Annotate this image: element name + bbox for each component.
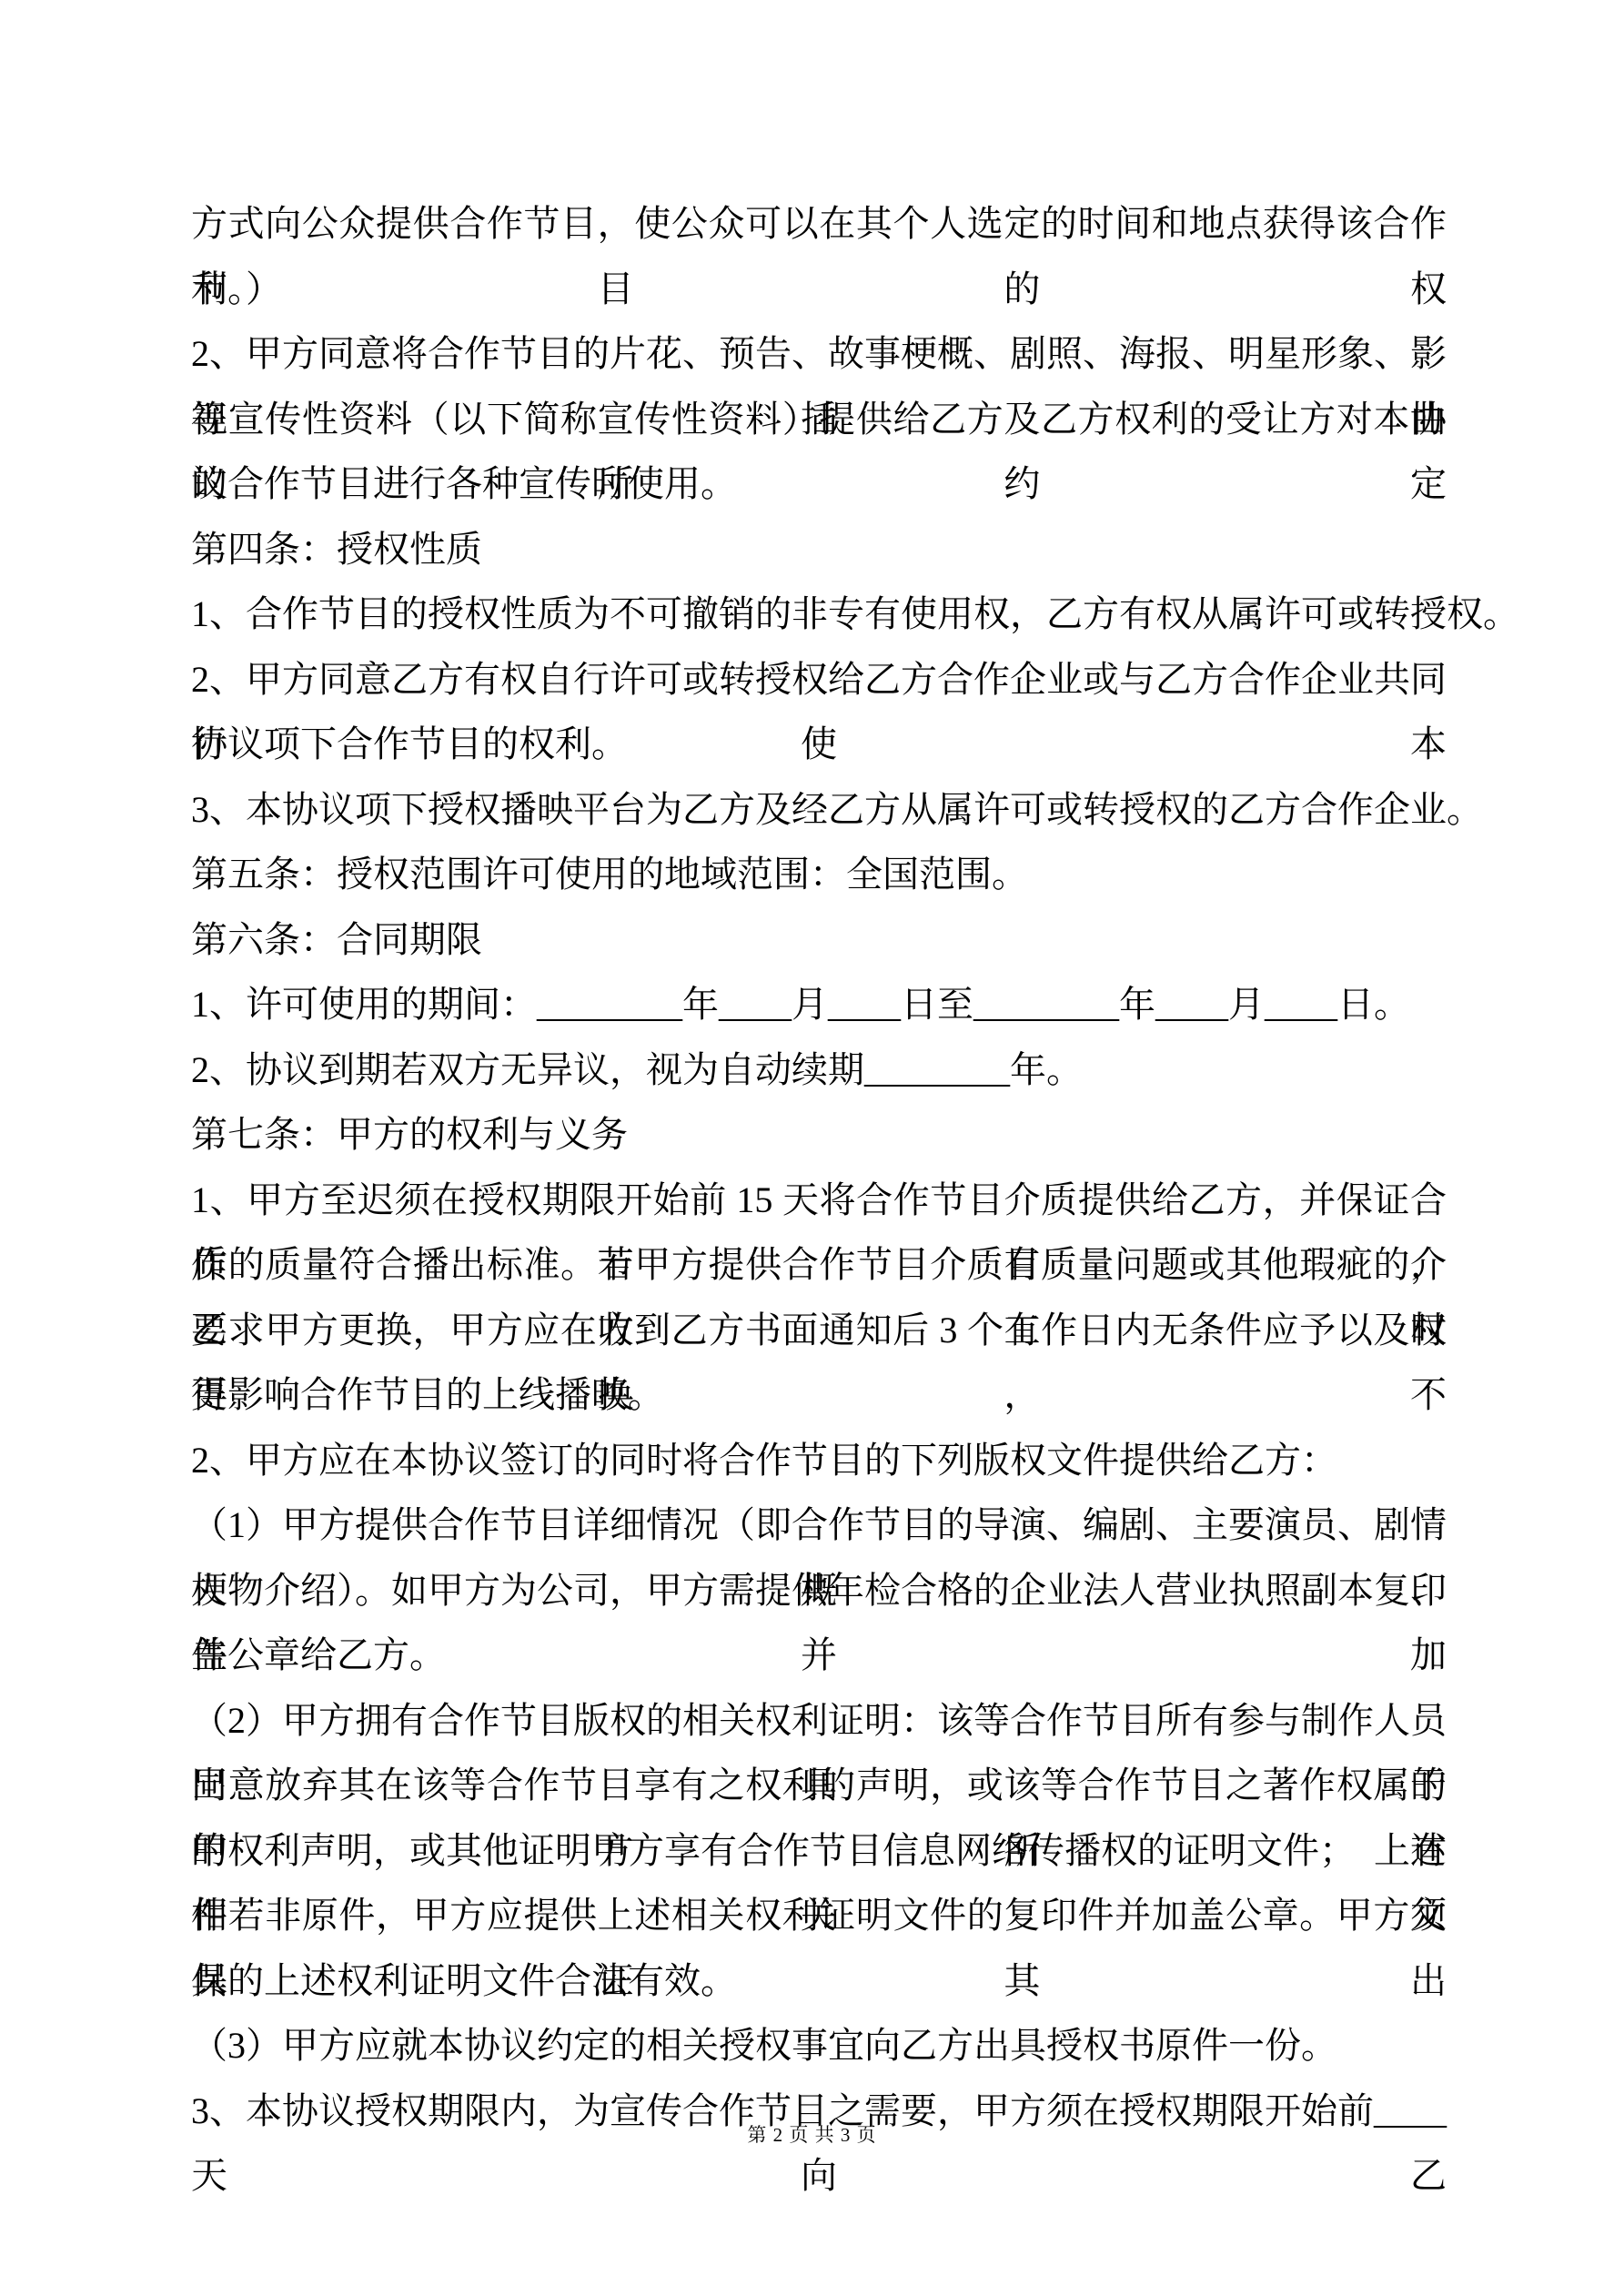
document-body: 方式向公众提供合作节目，使公众可以在其个人选定的时间和地点获得该合作节目的权 利… xyxy=(191,191,1447,2143)
text-line: 人物介绍）。如甲方为公司，甲方需提供年检合格的企业法人营业执照副本复印件并加 xyxy=(191,1558,1447,1623)
text-line: （1）甲方提供合作节目详细情况（即合作节目的导演、编剧、主要演员、剧情梗概、 xyxy=(191,1492,1447,1558)
text-line: 2、协议到期若双方无异议，视为自动续期________年。 xyxy=(191,1037,1447,1103)
text-line: 2、甲方同意乙方有权自行许可或转授权给乙方合作企业或与乙方合作企业共同行使本 xyxy=(191,647,1447,713)
text-line: 3、本协议项下授权播映平台为乙方及经乙方从属许可或转授权的乙方合作企业。 xyxy=(191,777,1447,843)
document-page: 方式向公众提供合作节目，使公众可以在其个人选定的时间和地点获得该合作节目的权 利… xyxy=(0,0,1624,2296)
text-line: 件若非原件，甲方应提供上述相关权利证明文件的复印件并加盖公章。甲方须保证其出 xyxy=(191,1883,1447,1948)
text-line: 1、甲方至迟须在授权期限开始前 15 天将合作节目介质提供给乙方，并保证合作节目… xyxy=(191,1168,1447,1233)
section-heading: 第四条：授权性质 xyxy=(191,517,1447,582)
text-line: 等宣传性资料（以下简称宣传性资料）提供给乙方及乙方权利的受让方对本协议所约定 xyxy=(191,387,1447,452)
text-line: （2）甲方拥有合作节目版权的相关权利证明：该等合作节目所有参与制作人员出具的 xyxy=(191,1688,1447,1754)
text-line: （3）甲方应就本协议约定的相关授权事宜向乙方出具授权书原件一份。 xyxy=(191,2013,1447,2079)
section-heading: 第五条：授权范围许可使用的地域范围：全国范围。 xyxy=(191,842,1447,907)
text-line: 1、合作节目的授权性质为不可撤销的非专有使用权，乙方有权从属许可或转授权。 xyxy=(191,582,1447,647)
text-line: 要求甲方更换，甲方应在收到乙方书面通知后 3 个工作日内无条件应予以及时更换，不 xyxy=(191,1298,1447,1363)
text-line: 方式向公众提供合作节目，使公众可以在其个人选定的时间和地点获得该合作节目的权 xyxy=(191,191,1447,257)
text-line: 1、许可使用的期间：________年____月____日至________年_… xyxy=(191,972,1447,1037)
text-line: 同意放弃其在该等合作节目享有之权利的声明，或该等合作节目之著作权属于甲方所有 xyxy=(191,1753,1447,1818)
text-line: 2、甲方同意将合作节目的片花、预告、故事梗概、剧照、海报、明星形象、影视插曲 xyxy=(191,321,1447,387)
text-line: 质的质量符合播出标准。若甲方提供合作节目介质有质量问题或其他瑕疵的，乙方有权 xyxy=(191,1232,1447,1298)
text-line: 2、甲方应在本协议签订的同时将合作节目的下列版权文件提供给乙方： xyxy=(191,1428,1447,1493)
page-footer: 第 2 页 共 3 页 xyxy=(0,2122,1624,2148)
section-heading: 第六条：合同期限 xyxy=(191,907,1447,973)
text-line: 的权利声明，或其他证明甲方享有合作节目信息网络传播权的证明文件； 上述相关文 xyxy=(191,1818,1447,1884)
section-heading: 第七条：甲方的权利与义务 xyxy=(191,1102,1447,1168)
